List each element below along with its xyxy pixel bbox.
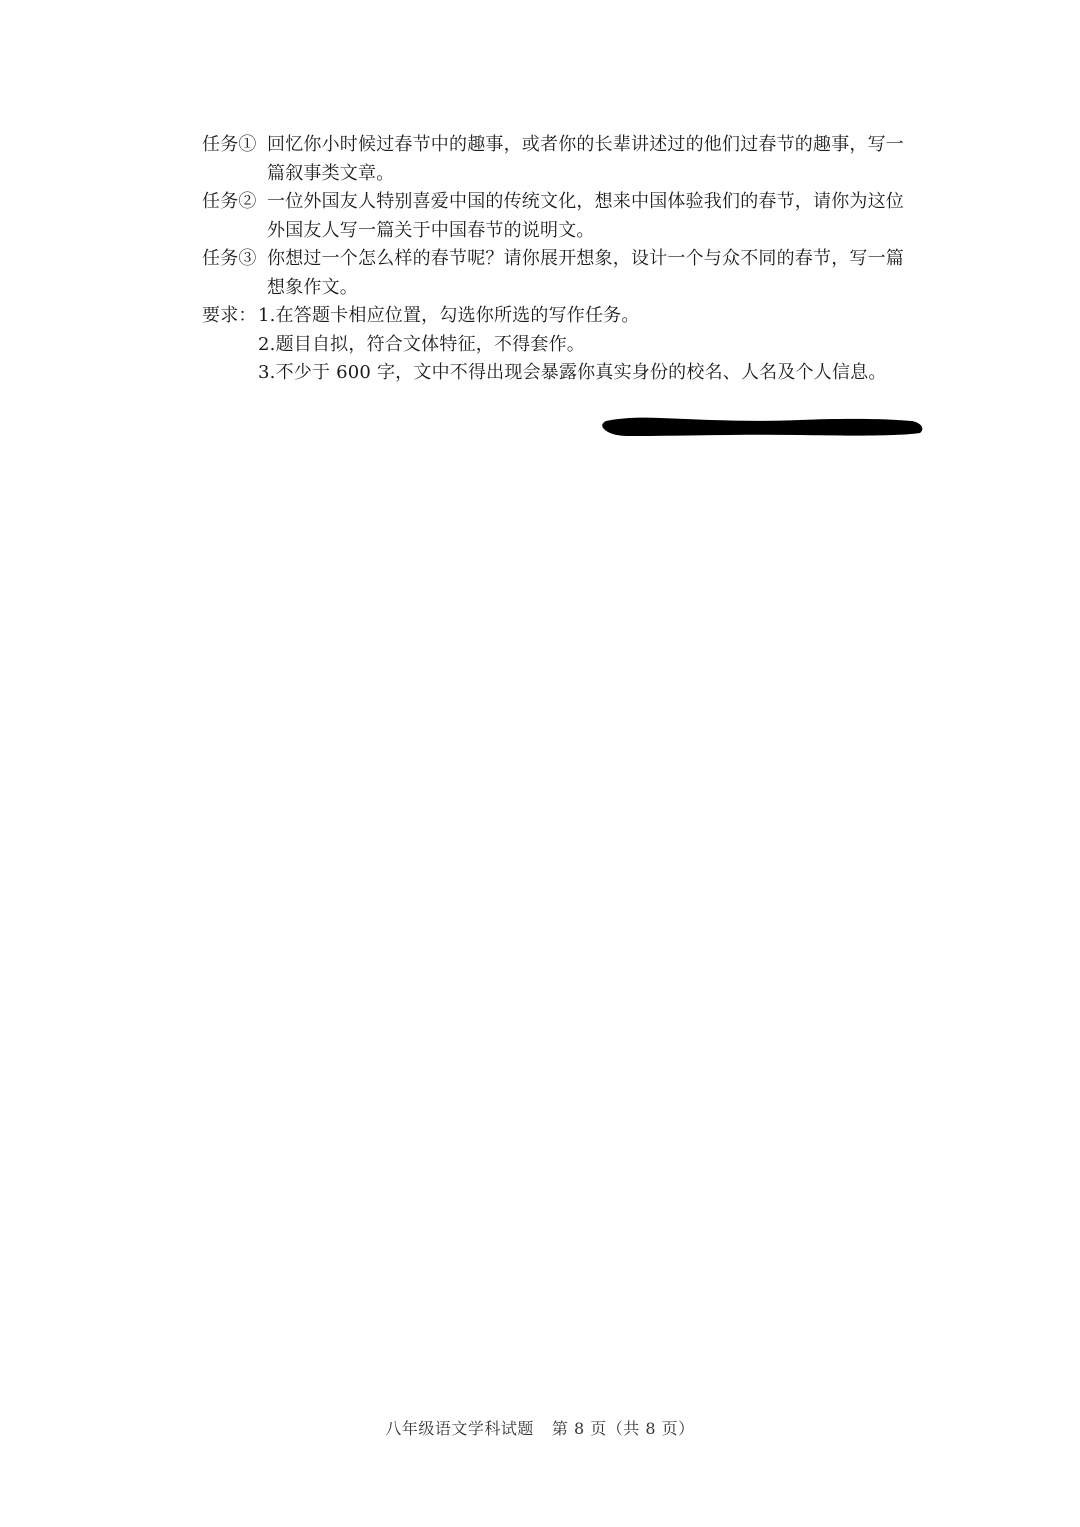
task-2-label: 任务②	[202, 188, 267, 217]
task-1-label: 任务①	[202, 131, 267, 160]
footer-page-number: 第 8 页（共 8 页）	[552, 1419, 695, 1438]
task-2: 任务② 一位外国友人特别喜爱中国的传统文化，想来中国体验我们的春节，请你为这位外…	[202, 188, 922, 245]
task-1-text: 回忆你小时候过春节中的趣事，或者你的长辈讲述过的他们过春节的趣事，写一篇叙事类文…	[267, 131, 922, 188]
requirement-item: 2.题目自拟，符合文体特征，不得套作。	[258, 331, 922, 360]
task-1: 任务① 回忆你小时候过春节中的趣事，或者你的长辈讲述过的他们过春节的趣事，写一篇…	[202, 131, 922, 188]
task-3: 任务③ 你想过一个怎么样的春节呢？请你展开想象，设计一个与众不同的春节，写一篇想…	[202, 245, 922, 302]
exam-page: 任务① 回忆你小时候过春节中的趣事，或者你的长辈讲述过的他们过春节的趣事，写一篇…	[0, 0, 1080, 1527]
task-3-text: 你想过一个怎么样的春节呢？请你展开想象，设计一个与众不同的春节，写一篇想象作文。	[267, 245, 922, 302]
page-footer: 八年级语文学科试题第 8 页（共 8 页）	[0, 1416, 1080, 1439]
footer-subject: 八年级语文学科试题	[385, 1419, 534, 1438]
requirements-list: 1.在答题卡相应位置，勾选你所选的写作任务。 2.题目自拟，符合文体特征，不得套…	[258, 302, 922, 388]
task-2-text: 一位外国友人特别喜爱中国的传统文化，想来中国体验我们的春节，请你为这位外国友人写…	[267, 188, 922, 245]
redaction-mark	[600, 415, 924, 437]
requirement-item: 3.不少于 600 字，文中不得出现会暴露你真实身份的校名、人名及个人信息。	[258, 359, 922, 388]
requirements: 要求： 1.在答题卡相应位置，勾选你所选的写作任务。 2.题目自拟，符合文体特征…	[202, 302, 922, 388]
requirements-label: 要求：	[202, 302, 258, 331]
writing-tasks-section: 任务① 回忆你小时候过春节中的趣事，或者你的长辈讲述过的他们过春节的趣事，写一篇…	[202, 131, 922, 388]
task-3-label: 任务③	[202, 245, 267, 274]
requirement-item: 1.在答题卡相应位置，勾选你所选的写作任务。	[258, 302, 922, 331]
